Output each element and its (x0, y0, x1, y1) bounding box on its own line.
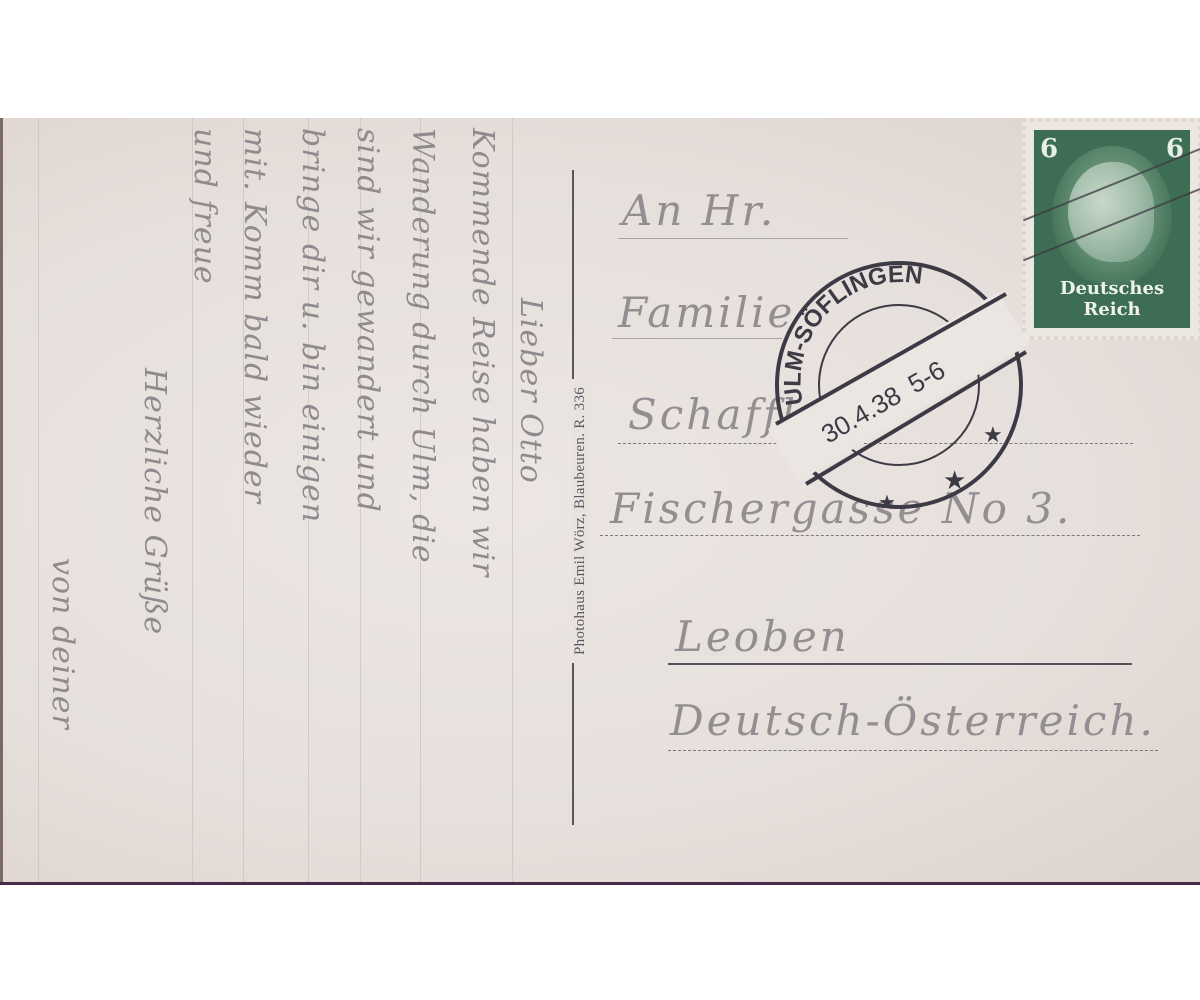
postcard-back: Lieber Otto Kommende Reise haben wir Wan… (0, 118, 1200, 885)
address-rule (668, 663, 1132, 665)
postmark: ULM-SÖFLINGEN 30.4.38 5-6 ★ ★ ★ (768, 254, 1030, 516)
address-rule (600, 535, 1140, 536)
message-line: von deiner (45, 558, 80, 730)
message-line: und freue (187, 128, 222, 285)
address-rule (618, 238, 848, 239)
stamp-country: Deutsches Reich (1034, 278, 1190, 320)
star-icon: ★ (878, 492, 896, 514)
address-rule (612, 338, 782, 339)
star-icon: ★ (983, 422, 1003, 447)
ruled-line (38, 118, 39, 882)
postage-stamp: 6 6 Deutsches Reich (1022, 118, 1200, 340)
message-line: Wanderung durch Ulm, die (405, 128, 440, 564)
publisher-imprint: Photohaus Emil Wörz, Blaubeuren. R. 336 (572, 379, 589, 663)
message-line: mit. Komm bald wieder (237, 128, 272, 504)
address-line: An Hr. (622, 186, 776, 235)
ruled-line (512, 118, 513, 882)
address-line: Leoben (675, 612, 850, 661)
message-line: Herzliche Grüße (137, 368, 172, 635)
message-line: bringe dir u. bin einigen (295, 128, 330, 523)
stamp-denomination: 6 (1040, 134, 1058, 164)
message-line: Kommende Reise haben wir (465, 128, 500, 577)
message-line: sind wir gewandert und (350, 128, 385, 513)
message-line: Lieber Otto (513, 298, 548, 484)
address-line: Deutsch-Österreich. (670, 696, 1156, 745)
address-rule (668, 750, 1158, 751)
star-icon: ★ (943, 466, 966, 495)
